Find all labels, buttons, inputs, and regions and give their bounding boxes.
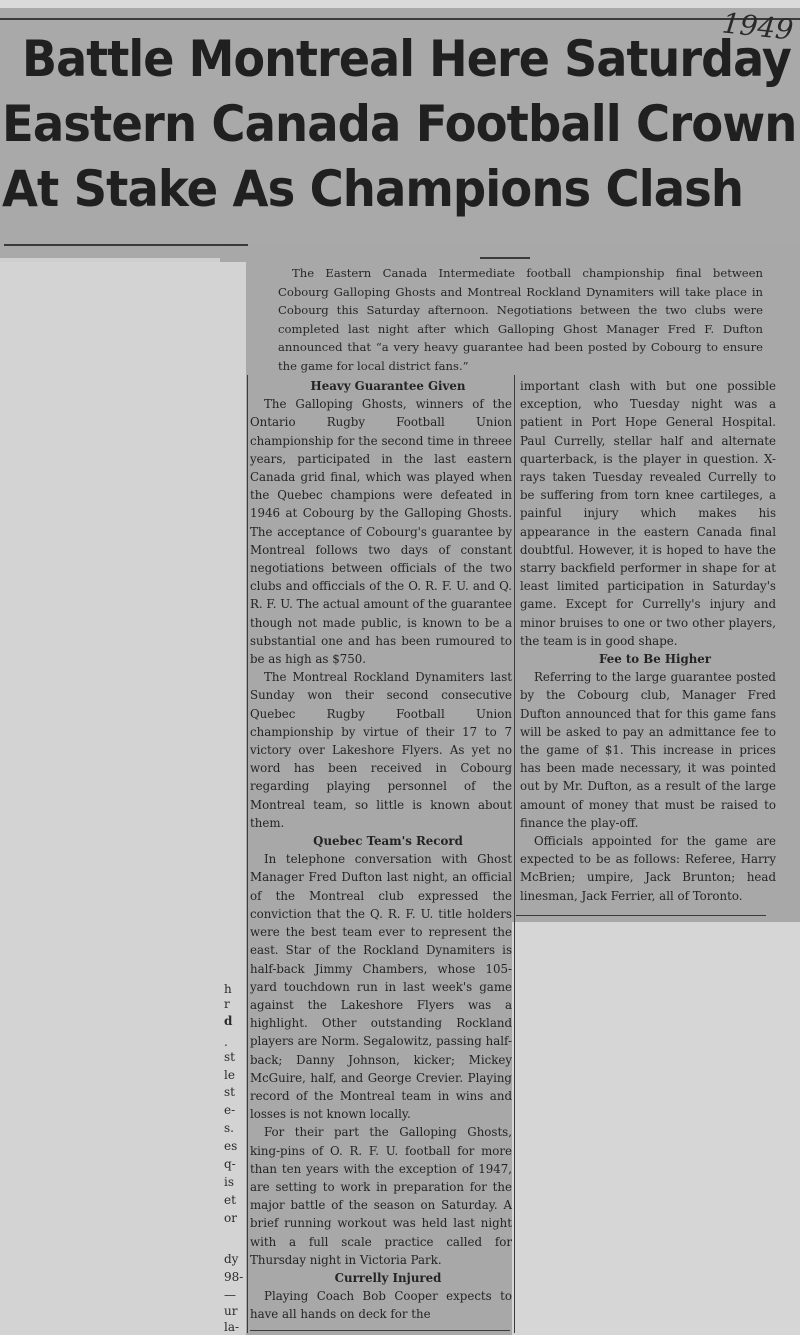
- adjacent-column-fragment: la-: [224, 1318, 239, 1335]
- subhead-quebec-record: Quebec Team's Record: [250, 832, 512, 850]
- headline-underline-left: [4, 244, 248, 246]
- adjacent-column-fragment: e-: [224, 1101, 235, 1119]
- headline-line-3: At Stake As Champions Clash: [2, 160, 746, 218]
- adjacent-column-fragment: le: [224, 1066, 235, 1084]
- adjacent-column-fragment: or: [224, 1209, 237, 1227]
- lead-text: The Eastern Canada Intermediate football…: [278, 264, 763, 376]
- article-column-1: Heavy Guarantee Given The Galloping Ghos…: [250, 377, 512, 1324]
- top-rule: [0, 18, 800, 20]
- adjacent-column-fragment: s.: [224, 1119, 234, 1137]
- adjacent-column-fragment: q-: [224, 1155, 236, 1173]
- column-rule-left: [247, 375, 248, 1333]
- paragraph: important clash with but one possible ex…: [520, 377, 776, 650]
- headline-line-1: Battle Montreal Here Saturday: [22, 30, 758, 88]
- headline-line-2: Eastern Canada Football Crown: [2, 95, 746, 153]
- subhead-heavy-guarantee: Heavy Guarantee Given: [250, 377, 512, 395]
- paragraph: Playing Coach Bob Cooper expects to have…: [250, 1287, 512, 1323]
- adjacent-column-fragment: st: [224, 1083, 235, 1101]
- torn-left-blank: [0, 262, 246, 1335]
- adjacent-column-fragment: es: [224, 1137, 237, 1155]
- adjacent-column-fragment: 98-: [224, 1268, 243, 1286]
- adjacent-column-fragment: r: [224, 995, 230, 1013]
- paragraph: For their part the Galloping Ghosts, kin…: [250, 1123, 512, 1269]
- torn-right-blank: [512, 922, 800, 1335]
- adjacent-column-fragment: et: [224, 1191, 236, 1209]
- column-1-end-rule: [250, 1330, 510, 1331]
- column-2-end-rule: [516, 915, 766, 916]
- adjacent-column-fragment: is: [224, 1173, 234, 1191]
- adjacent-column-fragment: st: [224, 1048, 235, 1066]
- subhead-fee-higher: Fee to Be Higher: [520, 650, 776, 668]
- paragraph: The Montreal Rockland Dynamiters last Su…: [250, 668, 512, 832]
- lead-divider: [480, 257, 530, 259]
- paragraph: Officials appointed for the game are exp…: [520, 832, 776, 905]
- adjacent-column-fragment: d: [224, 1012, 232, 1030]
- paragraph: The Galloping Ghosts, winners of the Ont…: [250, 395, 512, 668]
- paragraph: In telephone conversation with Ghost Man…: [250, 850, 512, 1123]
- adjacent-column-fragment: dy: [224, 1250, 238, 1268]
- article-column-2: important clash with but one possible ex…: [520, 377, 776, 905]
- column-rule-middle: [514, 375, 515, 1333]
- subhead-currelly-injured: Currelly Injured: [250, 1269, 512, 1287]
- paragraph: Referring to the large guarantee posted …: [520, 668, 776, 832]
- lead-paragraph: The Eastern Canada Intermediate football…: [278, 264, 763, 376]
